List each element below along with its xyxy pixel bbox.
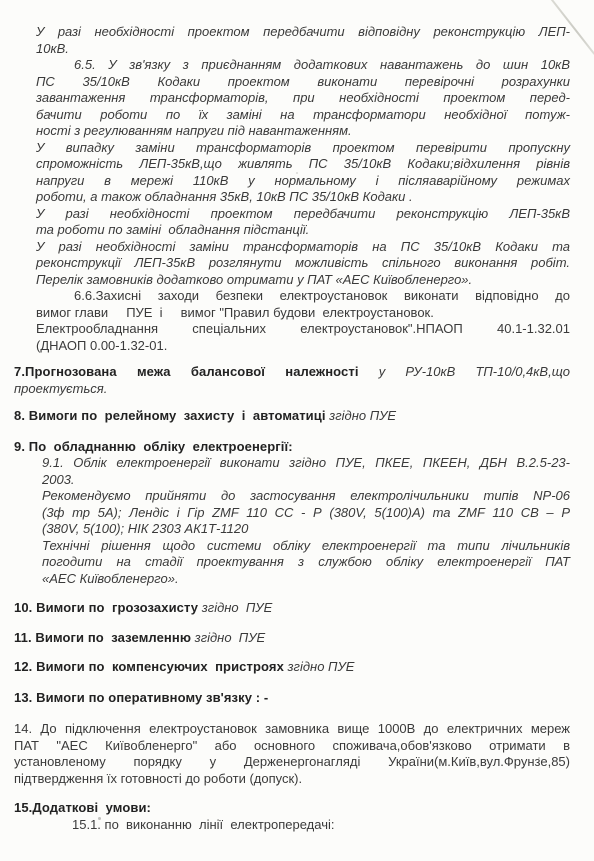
scan-speck-artifact: [538, 757, 540, 759]
text-line: У разі необхідності проектом передбачити…: [36, 206, 570, 223]
text-line: роботи, а також обладнання 35кВ, 10кВ ПС…: [36, 189, 570, 206]
text-segment: 15.1. по виконанню лінії електропередачі…: [72, 817, 334, 832]
text-segment: ПАТ "АЕС Київобленерго" або основного сп…: [14, 738, 570, 753]
text-line: 8. Вимоги по релейному захисту і автомат…: [14, 408, 570, 425]
text-segment: 14. До підключення електроустановок замо…: [14, 721, 570, 736]
section-13-operational-communication: 13. Вимоги по оперативному зв'язку : -: [14, 690, 570, 707]
text-segment: установленому порядку у Держенергонагляд…: [14, 754, 570, 769]
text-segment: У разі необхідності проектом передбачити…: [36, 206, 570, 221]
text-line: Технічні рішення щодо системи обліку еле…: [42, 538, 570, 555]
text-segment: 11. Вимоги по заземленню: [14, 630, 191, 645]
text-line: напруги в мережі 110кВ у нормальному і п…: [36, 173, 570, 190]
text-segment: 9.1. Облік електроенергії виконати згідн…: [42, 455, 570, 470]
text-segment: Рекомендуємо прийняти до застосування ел…: [42, 488, 570, 503]
text-line: ПС 35/10кВ Кодаки проектом виконати пере…: [36, 74, 570, 91]
text-segment: 2003.: [42, 472, 75, 487]
section-9-metering-header: 9. По обладнанню обліку електроенергії:: [14, 439, 570, 456]
document-body: У разі необхідності проектом передбачити…: [14, 24, 570, 833]
text-line: «АЕС Київобленерго».: [42, 571, 570, 588]
text-line: реконструкції ЛЕП-35кВ розглянути можлив…: [36, 255, 570, 272]
text-line: Електрообладнання спеціальних електроуст…: [36, 321, 570, 338]
text-segment: проектується.: [14, 381, 107, 396]
text-segment: У випадку заміни трансформаторів проекто…: [36, 140, 570, 155]
text-line: У разі необхідності заміни трансформатор…: [36, 239, 570, 256]
text-segment: 10кВ.: [36, 41, 69, 56]
text-line: 6.5. У зв'язку з приєднанням додаткових …: [36, 57, 570, 74]
text-line: (380V, 5(100); НІК 2303 АК1Т-1120: [42, 521, 570, 538]
section-10-lightning-protection: 10. Вимоги по грозозахисту згідно ПУЕ: [14, 600, 570, 617]
text-line: спроможність ЛЕП-35кВ,що живлять ПС 35/1…: [36, 156, 570, 173]
text-line: 11. Вимоги по заземленню згідно ПУЕ: [14, 630, 570, 647]
section-11-grounding: 11. Вимоги по заземленню згідно ПУЕ: [14, 630, 570, 647]
scan-speck-artifact: [143, 28, 145, 32]
text-line: 12. Вимоги по компенсуючих пристроях згі…: [14, 659, 570, 676]
text-line: 13. Вимоги по оперативному зв'язку : -: [14, 690, 570, 707]
section-7-balance-boundary: 7.Прогнозована межа балансової належност…: [14, 364, 570, 397]
text-segment: 9. По обладнанню обліку електроенергії:: [14, 439, 293, 454]
text-segment: у РУ-10кВ ТП-10/0,4кВ,що: [359, 364, 570, 379]
text-line: (ДНАОП 0.00-1.32-01.: [36, 338, 570, 355]
text-line: 9. По обладнанню обліку електроенергії:: [14, 439, 570, 456]
text-line: бачити роботи по їх заміні на трансформа…: [36, 107, 570, 124]
text-line: (3ф тр 5А); Лендіс і Гір ZMF 110 СС - Р …: [42, 505, 570, 522]
text-segment: 7.Прогнозована межа балансової належност…: [14, 364, 359, 379]
para-6-6-safety: 6.6.Захисні заходи безпеки електроустано…: [36, 288, 570, 354]
text-segment: Перелік замовників додатково отримати у …: [36, 272, 472, 287]
text-line: завантаження трансформаторів, при необхі…: [36, 90, 570, 107]
text-segment: (ДНАОП 0.00-1.32-01.: [36, 338, 167, 353]
text-segment: згідно ПУЕ: [326, 408, 397, 423]
text-segment: 6.6.Захисні заходи безпеки електроустано…: [74, 288, 570, 303]
text-segment: згідно ПУЕ: [198, 600, 272, 615]
text-segment: підтвердження їх готовності до роботи (д…: [14, 771, 302, 786]
section-8-relay-protection: 8. Вимоги по релейному захисту і автомат…: [14, 408, 570, 425]
text-line: Перелік замовників додатково отримати у …: [36, 272, 570, 289]
text-segment: 10. Вимоги по грозозахисту: [14, 600, 198, 615]
text-segment: бачити роботи по їх заміні на трансформа…: [36, 107, 570, 122]
text-line: ПАТ "АЕС Київобленерго" або основного сп…: [14, 738, 570, 755]
text-segment: роботи, а також обладнання 35кВ, 10кВ ПС…: [36, 189, 413, 204]
text-segment: 13. Вимоги по оперативному зв'язку : -: [14, 690, 268, 705]
text-line: 10. Вимоги по грозозахисту згідно ПУЕ: [14, 600, 570, 617]
text-segment: 12. Вимоги по компенсуючих пристроях: [14, 659, 284, 674]
text-segment: У разі необхідності заміни трансформатор…: [36, 239, 570, 254]
text-line: 2003.: [42, 472, 570, 489]
text-segment: 8. Вимоги по релейному захисту і автомат…: [14, 408, 326, 423]
text-line: Рекомендуємо прийняти до застосування ел…: [42, 488, 570, 505]
text-line: підтвердження їх готовності до роботи (д…: [14, 771, 570, 788]
text-line: та роботи по заміні обладнання підстанці…: [36, 222, 570, 239]
text-segment: згідно ПУЕ: [284, 659, 355, 674]
text-segment: ПС 35/10кВ Кодаки проектом виконати пере…: [36, 74, 570, 89]
text-segment: згідно ПУЕ: [191, 630, 265, 645]
section-14-admission: 14. До підключення електроустановок замо…: [14, 721, 570, 787]
text-line: ності з регулюванням напруги під наванта…: [36, 123, 570, 140]
text-line: вимог глави ПУЕ і вимог "Правил будови е…: [36, 305, 570, 322]
text-segment: завантаження трансформаторів, при необхі…: [36, 90, 570, 105]
text-segment: (380V, 5(100); НІК 2303 АК1Т-1120: [42, 521, 248, 536]
text-segment: реконструкції ЛЕП-35кВ розглянути можлив…: [36, 255, 570, 270]
section-12-compensation-devices: 12. Вимоги по компенсуючих пристроях згі…: [14, 659, 570, 676]
scanned-document-page: У разі необхідності проектом передбачити…: [0, 0, 594, 861]
text-segment: Електрообладнання спеціальних електроуст…: [36, 321, 570, 336]
para-9-1-metering-body: 9.1. Облік електроенергії виконати згідн…: [42, 455, 570, 587]
text-line: 15.Додаткові умови:: [14, 800, 570, 817]
text-line: 10кВ.: [36, 41, 570, 58]
text-line: 9.1. Облік електроенергії виконати згідн…: [42, 455, 570, 472]
text-segment: спроможність ЛЕП-35кВ,що живлять ПС 35/1…: [36, 156, 570, 171]
text-segment: «АЕС Київобленерго».: [42, 571, 179, 586]
text-segment: Технічні рішення щодо системи обліку еле…: [42, 538, 570, 553]
text-segment: 6.5. У зв'язку з приєднанням додаткових …: [74, 57, 570, 72]
text-line: погодити на стадії проектування з службо…: [42, 554, 570, 571]
text-line: 6.6.Захисні заходи безпеки електроустано…: [36, 288, 570, 305]
text-segment: напруги в мережі 110кВ у нормальному і п…: [36, 173, 570, 188]
text-line: 14. До підключення електроустановок замо…: [14, 721, 570, 738]
text-line: 7.Прогнозована межа балансової належност…: [14, 364, 570, 381]
para-lep-10kv-and-6-5: У разі необхідності проектом передбачити…: [36, 24, 570, 288]
text-segment: 15.Додаткові умови:: [14, 800, 151, 815]
text-line: проектується.: [14, 381, 570, 398]
text-line: У випадку заміни трансформаторів проекто…: [36, 140, 570, 157]
scan-speck-artifact: [98, 817, 101, 820]
text-segment: ності з регулюванням напруги під наванта…: [36, 123, 352, 138]
text-segment: та роботи по заміні обладнання підстанці…: [36, 222, 309, 237]
text-segment: вимог глави ПУЕ і вимог "Правил будови е…: [36, 305, 434, 320]
scan-speck-artifact: [296, 172, 298, 174]
text-segment: (3ф тр 5А); Лендіс і Гір ZMF 110 СС - Р …: [42, 505, 570, 520]
text-line: установленому порядку у Держенергонагляд…: [14, 754, 570, 771]
text-segment: погодити на стадії проектування з службо…: [42, 554, 570, 569]
text-segment: У разі необхідності проектом передбачити…: [36, 24, 570, 39]
text-line: У разі необхідності проектом передбачити…: [36, 24, 570, 41]
